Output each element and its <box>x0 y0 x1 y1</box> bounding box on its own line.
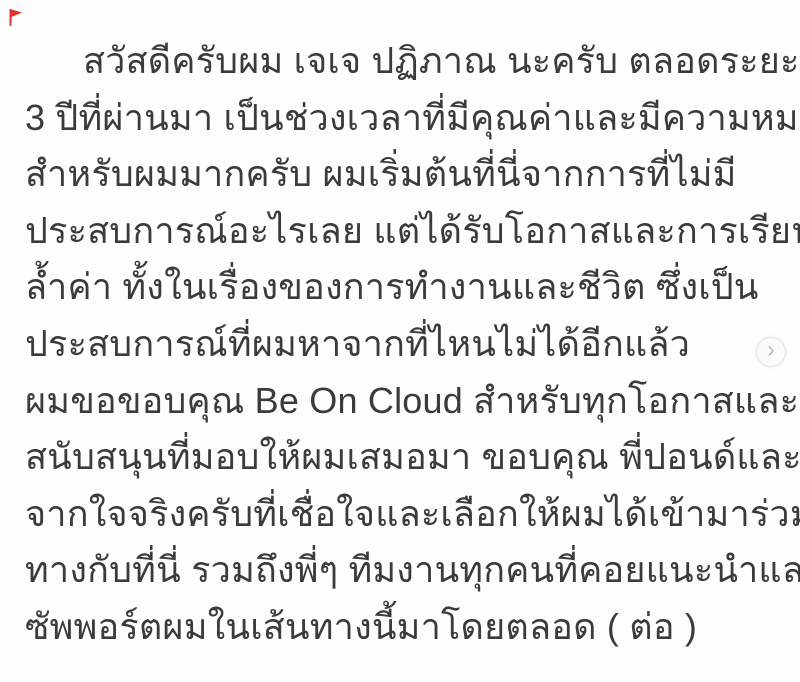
chevron-right-icon: › <box>767 338 775 362</box>
text-line: จากใจจริงครับที่เชื่อใจและเลือกให้ผมได้เ… <box>25 486 775 543</box>
text-line: สนับสนุนที่มอบให้ผมเสมอมา ขอบคุณ พี่ปอนด… <box>25 429 775 486</box>
text-line: ประสบการณ์อะไรเลย แต่ได้รับโอกาสและการเร… <box>25 203 775 260</box>
post-image: สวัสดีครับผม เจเจ ปฏิภาณ นะครับ ตลอดระยะ… <box>0 0 800 682</box>
red-flag-icon <box>9 8 23 27</box>
text-line: ผมขอขอบคุณ Be On Cloud สำหรับทุกโอกาสและ… <box>25 373 775 430</box>
text-line: สวัสดีครับผม เจเจ ปฏิภาณ นะครับ ตลอดระยะ… <box>25 33 775 90</box>
text-line: ซัพพอร์ตผมในเส้นทางนี้มาโดยตลอด ( ต่อ ) <box>25 599 775 656</box>
carousel-next-button[interactable]: › <box>756 337 786 367</box>
text-line: ทางกับที่นี่ รวมถึงพี่ๆ ทีมงานทุกคนที่คอ… <box>25 542 775 599</box>
post-text: สวัสดีครับผม เจเจ ปฏิภาณ นะครับ ตลอดระยะ… <box>25 33 775 656</box>
text-line: สำหรับผมมากครับ ผมเริ่มต้นที่นี่จากการที… <box>25 146 775 203</box>
text-line: 3 ปีที่ผ่านมา เป็นช่วงเวลาที่มีคุณค่าและ… <box>25 90 775 147</box>
text-line: ประสบการณ์ที่ผมหาจากที่ไหนไม่ได้อีกแล้ว <box>25 316 775 373</box>
text-line: ล้ำค่า ทั้งในเรื่องของการทำงานและชีวิต ซ… <box>25 259 775 316</box>
